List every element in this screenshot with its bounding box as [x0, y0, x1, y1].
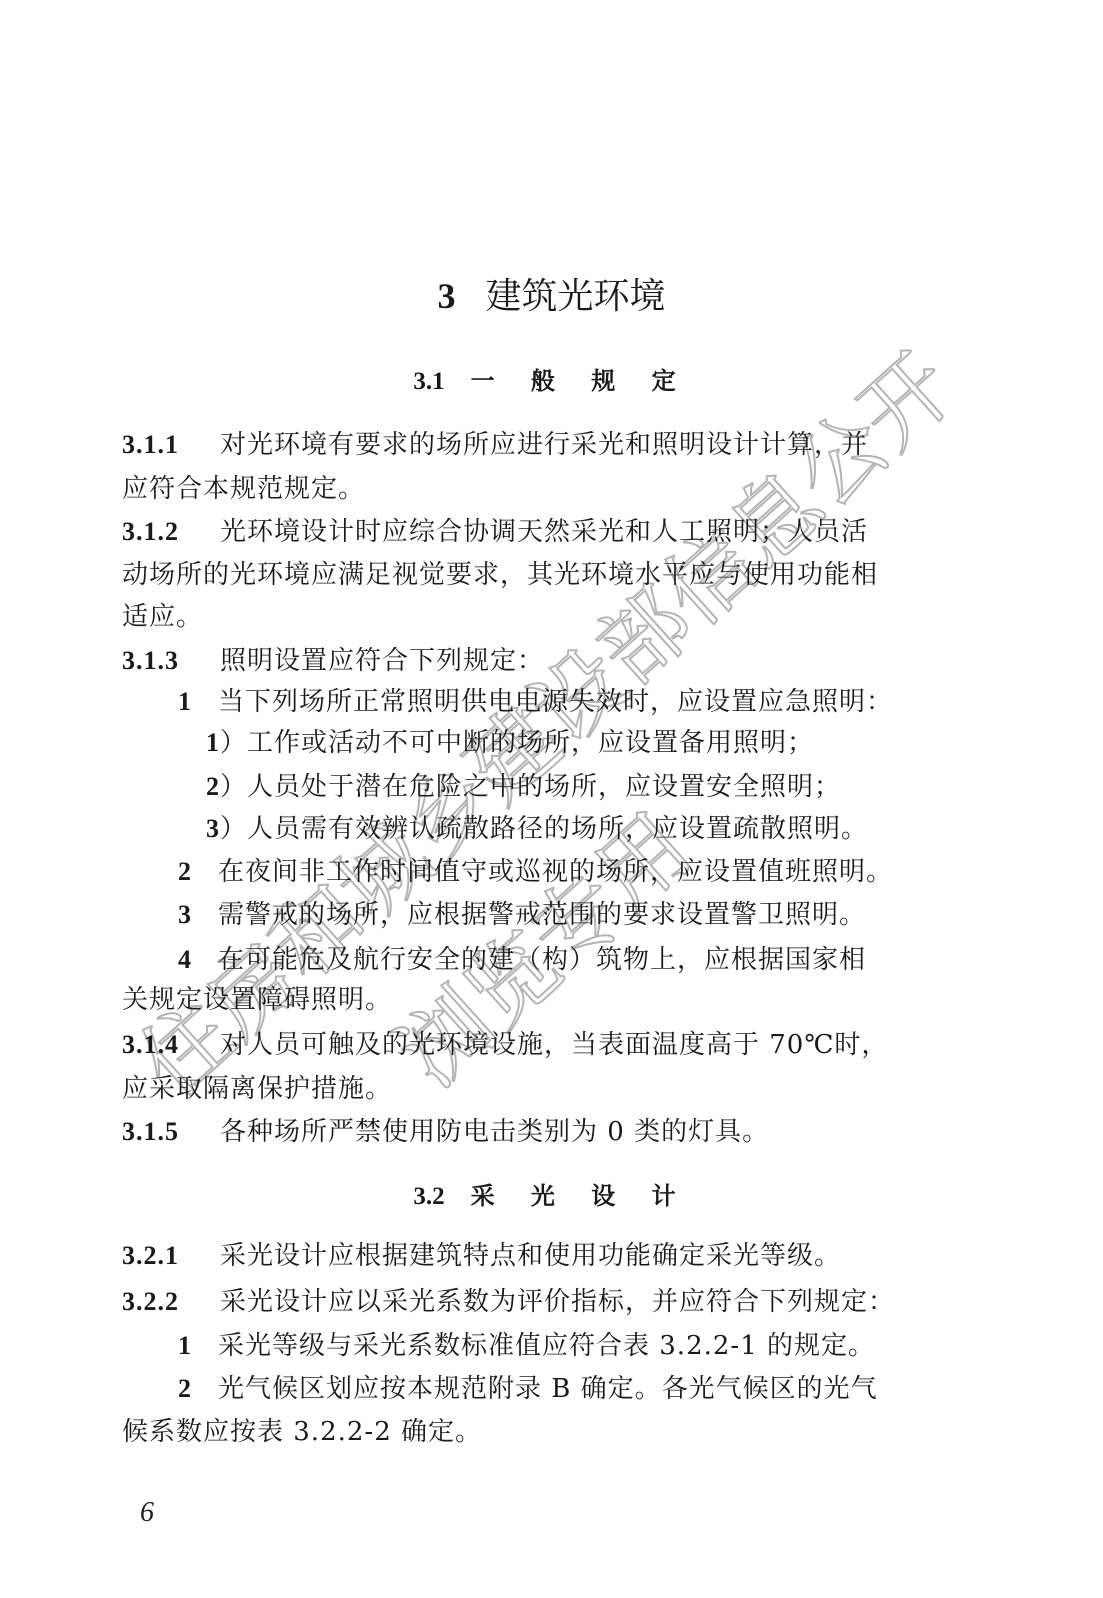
sub-item-text: ）工作或活动不可中断的场所，应设置备用照明； — [220, 728, 814, 758]
clause-text: 应采取隔离保护措施。 — [122, 1074, 392, 1104]
clause-3-1-3-item-1-sub-1: 1）工作或活动不可中断的场所，应设置备用照明； — [206, 728, 814, 758]
item-text: 关规定设置障碍照明。 — [122, 985, 392, 1015]
clause-3-2-2-item-1: 1采光等级与采光系数标准值应符合表 3.2.2-1 的规定。 — [178, 1331, 875, 1361]
clause-3-1-3-line-1: 3.1.3照明设置应符合下列规定： — [122, 646, 544, 676]
item-number: 3 — [178, 900, 218, 930]
clause-3-1-3-item-3: 3需警戒的场所，应根据警戒范围的要求设置警卫照明。 — [178, 900, 866, 930]
clause-text: 动场所的光环境应满足视觉要求，其光环境水平应与使用功能相 — [122, 560, 878, 590]
clause-text: 对光环境有要求的场所应进行采光和照明设计计算，并 — [220, 430, 868, 460]
clause-3-2-2-line-1: 3.2.2采光设计应以采光系数为评价指标，并应符合下列规定： — [122, 1287, 895, 1317]
clause-3-1-2-line-2: 动场所的光环境应满足视觉要求，其光环境水平应与使用功能相 — [122, 560, 878, 590]
item-text: 需警戒的场所，应根据警戒范围的要求设置警卫照明。 — [218, 900, 866, 930]
clause-3-1-4-line-1: 3.1.4对人员可触及的光环境设施，当表面温度高于 70℃时， — [122, 1030, 888, 1060]
clause-number: 3.1.5 — [122, 1117, 220, 1147]
item-text: 在可能危及航行安全的建（构）筑物上，应根据国家相 — [218, 945, 866, 975]
item-number: 1 — [178, 1331, 218, 1361]
clause-3-1-1-line-1: 3.1.1对光环境有要求的场所应进行采光和照明设计计算，并 — [122, 430, 868, 460]
clause-3-1-2-line-1: 3.1.2光环境设计时应综合协调天然采光和人工照明；人员活 — [122, 517, 868, 547]
sub-item-text: ）人员需有效辨认疏散路径的场所，应设置疏散照明。 — [220, 814, 868, 844]
clause-text: 照明设置应符合下列规定： — [220, 646, 544, 676]
clause-text: 光环境设计时应综合协调天然采光和人工照明；人员活 — [220, 517, 868, 547]
clause-text: 各种场所严禁使用防电击类别为 0 类的灯具。 — [220, 1117, 769, 1147]
clause-number: 3.1.3 — [122, 646, 220, 676]
clause-3-1-2-line-3: 适应。 — [122, 602, 203, 632]
section-title-3-2: 3.2采 光 设 计 — [0, 1181, 1103, 1212]
clause-3-1-1-line-2: 应符合本规范规定。 — [122, 474, 365, 504]
clause-number: 3.1.1 — [122, 430, 220, 460]
clause-text: 应符合本规范规定。 — [122, 474, 365, 504]
item-number: 2 — [178, 1374, 218, 1404]
clause-3-1-3-item-4-line-1: 4在可能危及航行安全的建（构）筑物上，应根据国家相 — [178, 945, 866, 975]
item-text: 在夜间非工作时间值守或巡视的场所，应设置值班照明。 — [218, 857, 893, 887]
sub-item-number: 2 — [206, 772, 220, 802]
section-title-text: 一 般 规 定 — [471, 366, 690, 395]
page-number: 6 — [140, 1497, 154, 1529]
clause-3-2-2-item-2-line-1: 2光气候区划应按本规范附录 B 确定。各光气候区的光气 — [178, 1374, 878, 1404]
clause-3-1-3-item-1: 1当下列场所正常照明供电电源失效时，应设置应急照明： — [178, 687, 893, 717]
sub-item-number: 1 — [206, 728, 220, 758]
clause-3-1-3-item-4-line-2: 关规定设置障碍照明。 — [122, 985, 392, 1015]
chapter-number: 3 — [437, 276, 455, 316]
item-text: 候系数应按表 3.2.2-2 确定。 — [122, 1417, 482, 1447]
clause-text: 适应。 — [122, 602, 203, 632]
clause-number: 3.1.2 — [122, 517, 220, 547]
sub-item-number: 3 — [206, 814, 220, 844]
clause-number: 3.2.1 — [122, 1241, 220, 1271]
section-number: 3.2 — [413, 1183, 444, 1210]
clause-number: 3.2.2 — [122, 1287, 220, 1317]
clause-3-1-3-item-1-sub-2: 2）人员处于潜在危险之中的场所，应设置安全照明； — [206, 772, 841, 802]
clause-3-2-1-line-1: 3.2.1采光设计应根据建筑特点和使用功能确定采光等级。 — [122, 1241, 841, 1271]
clause-number: 3.1.4 — [122, 1030, 220, 1060]
item-text: 当下列场所正常照明供电电源失效时，应设置应急照明： — [218, 687, 893, 717]
section-number: 3.1 — [413, 368, 444, 395]
sub-item-text: ）人员处于潜在危险之中的场所，应设置安全照明； — [220, 772, 841, 802]
item-number: 4 — [178, 945, 218, 975]
clause-3-1-5-line-1: 3.1.5各种场所严禁使用防电击类别为 0 类的灯具。 — [122, 1117, 769, 1147]
item-text: 采光等级与采光系数标准值应符合表 3.2.2-1 的规定。 — [218, 1331, 875, 1361]
chapter-title: 3建筑光环境 — [0, 274, 1103, 319]
clause-3-1-3-item-2: 2在夜间非工作时间值守或巡视的场所，应设置值班照明。 — [178, 857, 893, 887]
clause-3-1-4-line-2: 应采取隔离保护措施。 — [122, 1074, 392, 1104]
document-page: 住房和城乡建设部信息公开 浏览专用 3建筑光环境 3.1一 般 规 定 3.1.… — [0, 0, 1103, 1598]
item-text: 光气候区划应按本规范附录 B 确定。各光气候区的光气 — [218, 1374, 878, 1404]
item-number: 1 — [178, 687, 218, 717]
section-title-3-1: 3.1一 般 规 定 — [0, 366, 1103, 397]
clause-text: 采光设计应以采光系数为评价指标，并应符合下列规定： — [220, 1287, 895, 1317]
clause-3-1-3-item-1-sub-3: 3）人员需有效辨认疏散路径的场所，应设置疏散照明。 — [206, 814, 868, 844]
clause-3-2-2-item-2-line-2: 候系数应按表 3.2.2-2 确定。 — [122, 1417, 482, 1447]
item-number: 2 — [178, 857, 218, 887]
section-title-text: 采 光 设 计 — [471, 1181, 690, 1210]
clause-text: 对人员可触及的光环境设施，当表面温度高于 70℃时， — [220, 1030, 888, 1060]
chapter-title-text: 建筑光环境 — [485, 276, 665, 317]
clause-text: 采光设计应根据建筑特点和使用功能确定采光等级。 — [220, 1241, 841, 1271]
